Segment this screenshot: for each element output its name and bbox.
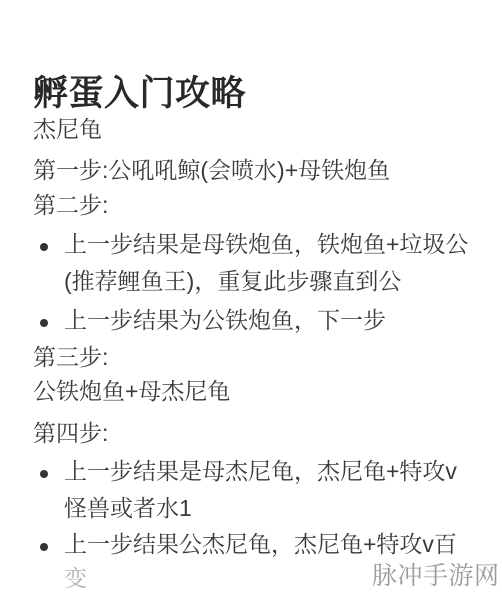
bullet-item-line: 上一步结果为公铁炮鱼，下一步 bbox=[64, 305, 386, 335]
paragraph-step1: 第一步:公吼吼鲸(会喷水)+母铁炮鱼 bbox=[33, 155, 390, 185]
page-title: 孵蛋入门攻略 bbox=[33, 72, 246, 116]
bullet-item-line: 上一步结果是母杰尼龟，杰尼龟+特攻v bbox=[64, 456, 457, 486]
bullet-dot-icon bbox=[40, 243, 48, 251]
paragraph-step4-heading: 第四步: bbox=[33, 418, 108, 448]
bullet-item-line: 上一步结果是母铁炮鱼，铁炮鱼+垃圾公 bbox=[64, 229, 468, 259]
paragraph-step2-heading: 第二步: bbox=[33, 190, 108, 220]
site-watermark: 脉冲手游网 bbox=[372, 560, 500, 592]
bullet-dot-icon bbox=[40, 470, 48, 478]
paragraph-intro: 杰尼龟 bbox=[33, 114, 102, 144]
article-page: 孵蛋入门攻略 杰尼龟 第一步:公吼吼鲸(会喷水)+母铁炮鱼 第二步: 上一步结果… bbox=[0, 0, 502, 600]
paragraph-step3-heading: 第三步: bbox=[33, 342, 108, 372]
bullet-item-line: 怪兽或者水1 bbox=[64, 493, 192, 523]
bullet-item-line-faded: 变 bbox=[64, 563, 87, 593]
paragraph-step3-body: 公铁炮鱼+母杰尼龟 bbox=[33, 376, 230, 406]
bullet-item-line: 上一步结果公杰尼龟，杰尼龟+特攻v百 bbox=[64, 529, 457, 559]
bullet-dot-icon bbox=[40, 543, 48, 551]
bullet-item-line: (推荐鲤鱼王)，重复此步骤直到公 bbox=[64, 266, 401, 296]
bullet-dot-icon bbox=[40, 319, 48, 327]
